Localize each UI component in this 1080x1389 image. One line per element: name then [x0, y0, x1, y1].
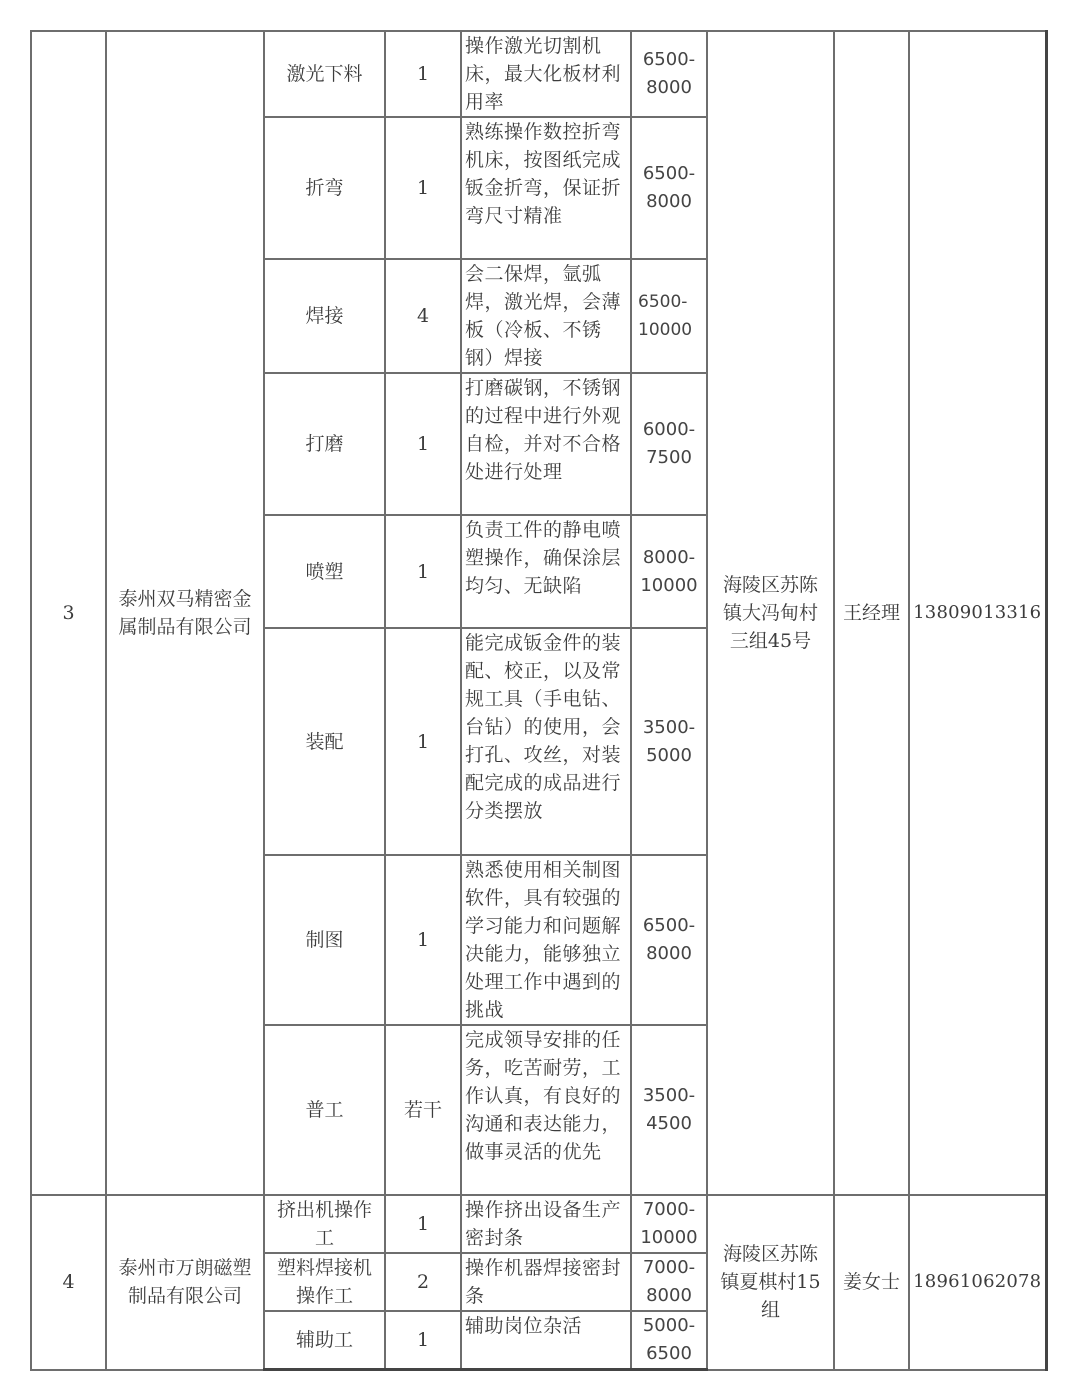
- job-title: 制图: [264, 855, 385, 1025]
- job-title: 塑料焊接机操作工: [264, 1253, 385, 1311]
- salary-min: 7000-: [643, 1199, 695, 1220]
- salary-max: 8000: [632, 1282, 706, 1310]
- salary-max: 8000: [632, 940, 706, 968]
- job-requirement: 操作挤出设备生产密封条: [461, 1195, 631, 1253]
- salary-max: 10000: [632, 572, 706, 600]
- job-requirement: 操作激光切割机床，最大化板材利用率: [461, 31, 631, 117]
- job-salary: 7000-10000: [631, 1195, 707, 1253]
- job-requirement: 能完成钣金件的装配、校正，以及常规工具（手电钻、台钻）的使用，会打孔、攻丝，对装…: [461, 628, 631, 855]
- company-index: 4: [31, 1195, 106, 1370]
- job-count: 1: [385, 855, 461, 1025]
- salary-min: 7000-: [643, 1257, 695, 1278]
- contact-person: 姜女士: [834, 1195, 909, 1370]
- salary-max: 8000: [632, 74, 706, 102]
- job-count: 1: [385, 1311, 461, 1370]
- job-requirement: 操作机器焊接密封条: [461, 1253, 631, 1311]
- job-salary: 6500-8000: [631, 117, 707, 259]
- job-title: 激光下料: [264, 31, 385, 117]
- job-count: 1: [385, 117, 461, 259]
- salary-min: 6500-: [643, 915, 695, 936]
- salary-max: 10000: [632, 1224, 706, 1252]
- salary-min: 6500-: [643, 163, 695, 184]
- job-count: 4: [385, 259, 461, 373]
- job-count: 1: [385, 515, 461, 628]
- job-title: 打磨: [264, 373, 385, 515]
- job-count: 1: [385, 373, 461, 515]
- salary-max: 8000: [632, 188, 706, 216]
- job-title: 挤出机操作工: [264, 1195, 385, 1253]
- company-address: 海陵区苏陈镇大冯甸村三组45号: [707, 31, 834, 1195]
- job-count: 2: [385, 1253, 461, 1311]
- salary-min: 3500-: [643, 717, 695, 738]
- company-index: 3: [31, 31, 106, 1195]
- salary-min: 5000-: [643, 1315, 695, 1336]
- contact-person: 王经理: [834, 31, 909, 1195]
- salary-min: 8000-: [643, 547, 695, 568]
- job-requirement: 熟悉使用相关制图软件，具有较强的学习能力和问题解决能力，能够独立处理工作中遇到的…: [461, 855, 631, 1025]
- job-title: 辅助工: [264, 1311, 385, 1370]
- salary-min: 6000-: [643, 419, 695, 440]
- salary-max: 7500: [632, 444, 706, 472]
- job-salary: 6500-8000: [631, 31, 707, 117]
- job-requirement: 会二保焊，氩弧焊，激光焊，会薄板（冷板、不锈钢）焊接: [461, 259, 631, 373]
- job-title: 焊接: [264, 259, 385, 373]
- contact-phone: 13809013316: [909, 31, 1046, 1195]
- job-title: 普工: [264, 1025, 385, 1195]
- company-name: 泰州市万朗磁塑制品有限公司: [106, 1195, 264, 1370]
- job-salary: 3500-4500: [631, 1025, 707, 1195]
- job-salary: 6000-7500: [631, 373, 707, 515]
- table-row: 4 泰州市万朗磁塑制品有限公司 挤出机操作工 1 操作挤出设备生产密封条 700…: [31, 1195, 1046, 1253]
- table-row: 3 泰州双马精密金属制品有限公司 激光下料 1 操作激光切割机床，最大化板材利用…: [31, 31, 1046, 117]
- job-count: 若干: [385, 1025, 461, 1195]
- job-requirement: 熟练操作数控折弯机床，按图纸完成钣金折弯，保证折弯尺寸精准: [461, 117, 631, 259]
- job-title: 装配: [264, 628, 385, 855]
- job-count: 1: [385, 628, 461, 855]
- salary-max: 10000: [638, 316, 706, 344]
- job-requirement: 负责工件的静电喷塑操作，确保涂层均匀、无缺陷: [461, 515, 631, 628]
- contact-phone: 18961062078: [909, 1195, 1046, 1370]
- company-address: 海陵区苏陈镇夏棋村15组: [707, 1195, 834, 1370]
- job-count: 1: [385, 1195, 461, 1253]
- job-salary: 6500-10000: [631, 259, 707, 373]
- job-salary: 3500-5000: [631, 628, 707, 855]
- job-title: 喷塑: [264, 515, 385, 628]
- salary-min: 6500-: [638, 292, 687, 312]
- job-requirement: 辅助岗位杂活: [461, 1311, 631, 1370]
- salary-max: 5000: [632, 742, 706, 770]
- salary-max: 6500: [632, 1340, 706, 1368]
- job-salary: 6500-8000: [631, 855, 707, 1025]
- job-listing-sheet: 3 泰州双马精密金属制品有限公司 激光下料 1 操作激光切割机床，最大化板材利用…: [30, 30, 1048, 1371]
- salary-min: 6500-: [643, 49, 695, 70]
- salary-min: 3500-: [643, 1085, 695, 1106]
- job-requirement: 打磨碳钢，不锈钢的过程中进行外观自检，并对不合格处进行处理: [461, 373, 631, 515]
- job-salary: 5000-6500: [631, 1311, 707, 1370]
- company-name: 泰州双马精密金属制品有限公司: [106, 31, 264, 1195]
- job-table: 3 泰州双马精密金属制品有限公司 激光下料 1 操作激光切割机床，最大化板材利用…: [30, 30, 1048, 1371]
- job-requirement: 完成领导安排的任务，吃苦耐劳，工作认真，有良好的沟通和表达能力，做事灵活的优先: [461, 1025, 631, 1195]
- job-salary: 8000-10000: [631, 515, 707, 628]
- job-count: 1: [385, 31, 461, 117]
- job-salary: 7000-8000: [631, 1253, 707, 1311]
- salary-max: 4500: [632, 1110, 706, 1138]
- job-title: 折弯: [264, 117, 385, 259]
